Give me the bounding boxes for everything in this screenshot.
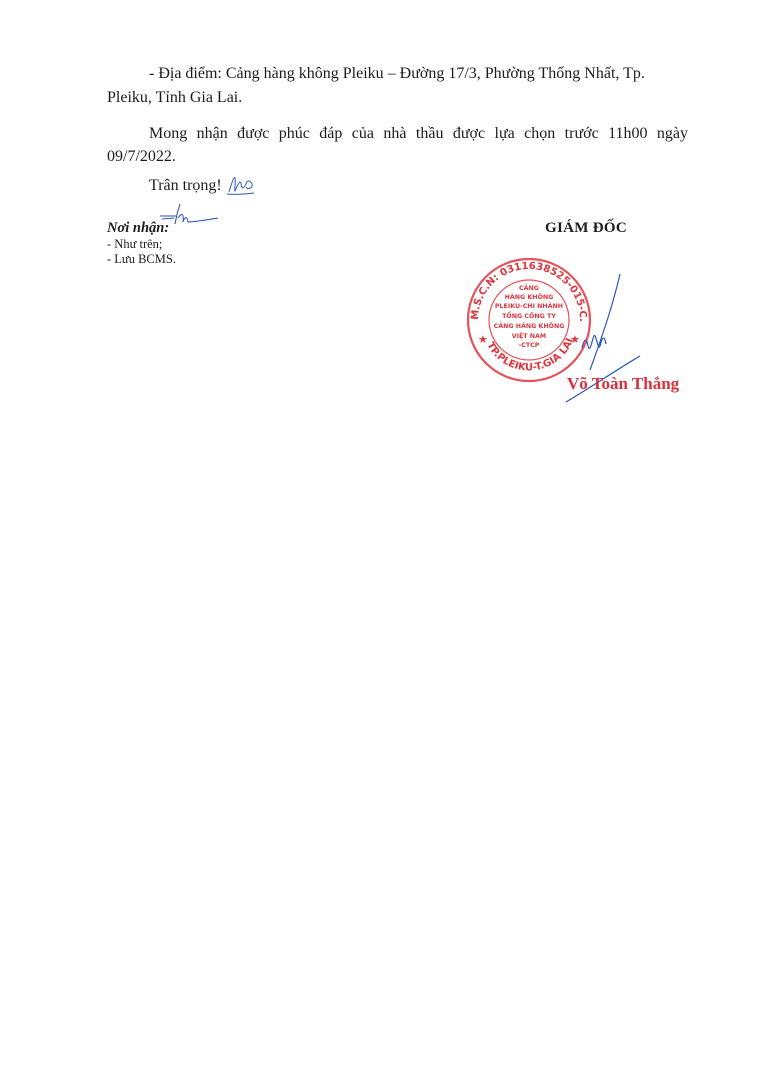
svg-text:-CTCP: -CTCP bbox=[519, 342, 540, 349]
initial-mark-icon bbox=[226, 174, 256, 196]
svg-text:TỔNG CÔNG TY: TỔNG CÔNG TY bbox=[502, 310, 556, 320]
svg-text:PLEIKU-CHI NHÁNH: PLEIKU-CHI NHÁNH bbox=[495, 301, 563, 310]
recipient-item: - Lưu BCMS. bbox=[107, 252, 176, 267]
signer-name: Võ Toàn Thắng bbox=[567, 374, 679, 394]
location-line-2: Pleiku, Tỉnh Gia Lai. bbox=[107, 88, 242, 108]
request-line-1: Mong nhận được phúc đáp của nhà thầu đượ… bbox=[149, 124, 688, 144]
location-line-1: - Địa điểm: Cảng hàng không Pleiku – Đườ… bbox=[149, 64, 645, 84]
signer-position: GIÁM ĐỐC bbox=[545, 220, 627, 237]
svg-text:CẢNG: CẢNG bbox=[519, 282, 539, 292]
request-line-2: 09/7/2022. bbox=[107, 147, 176, 167]
svg-text:HÀNG KHÔNG: HÀNG KHÔNG bbox=[505, 292, 554, 301]
initial-mark-icon bbox=[158, 200, 220, 230]
svg-text:★: ★ bbox=[478, 334, 488, 346]
closing-text: Trân trọng! bbox=[149, 176, 222, 196]
svg-text:CẢNG HÀNG KHÔNG: CẢNG HÀNG KHÔNG bbox=[494, 320, 565, 330]
recipient-item: - Như trên; bbox=[107, 237, 162, 252]
svg-text:VIỆT NAM: VIỆT NAM bbox=[512, 331, 546, 340]
